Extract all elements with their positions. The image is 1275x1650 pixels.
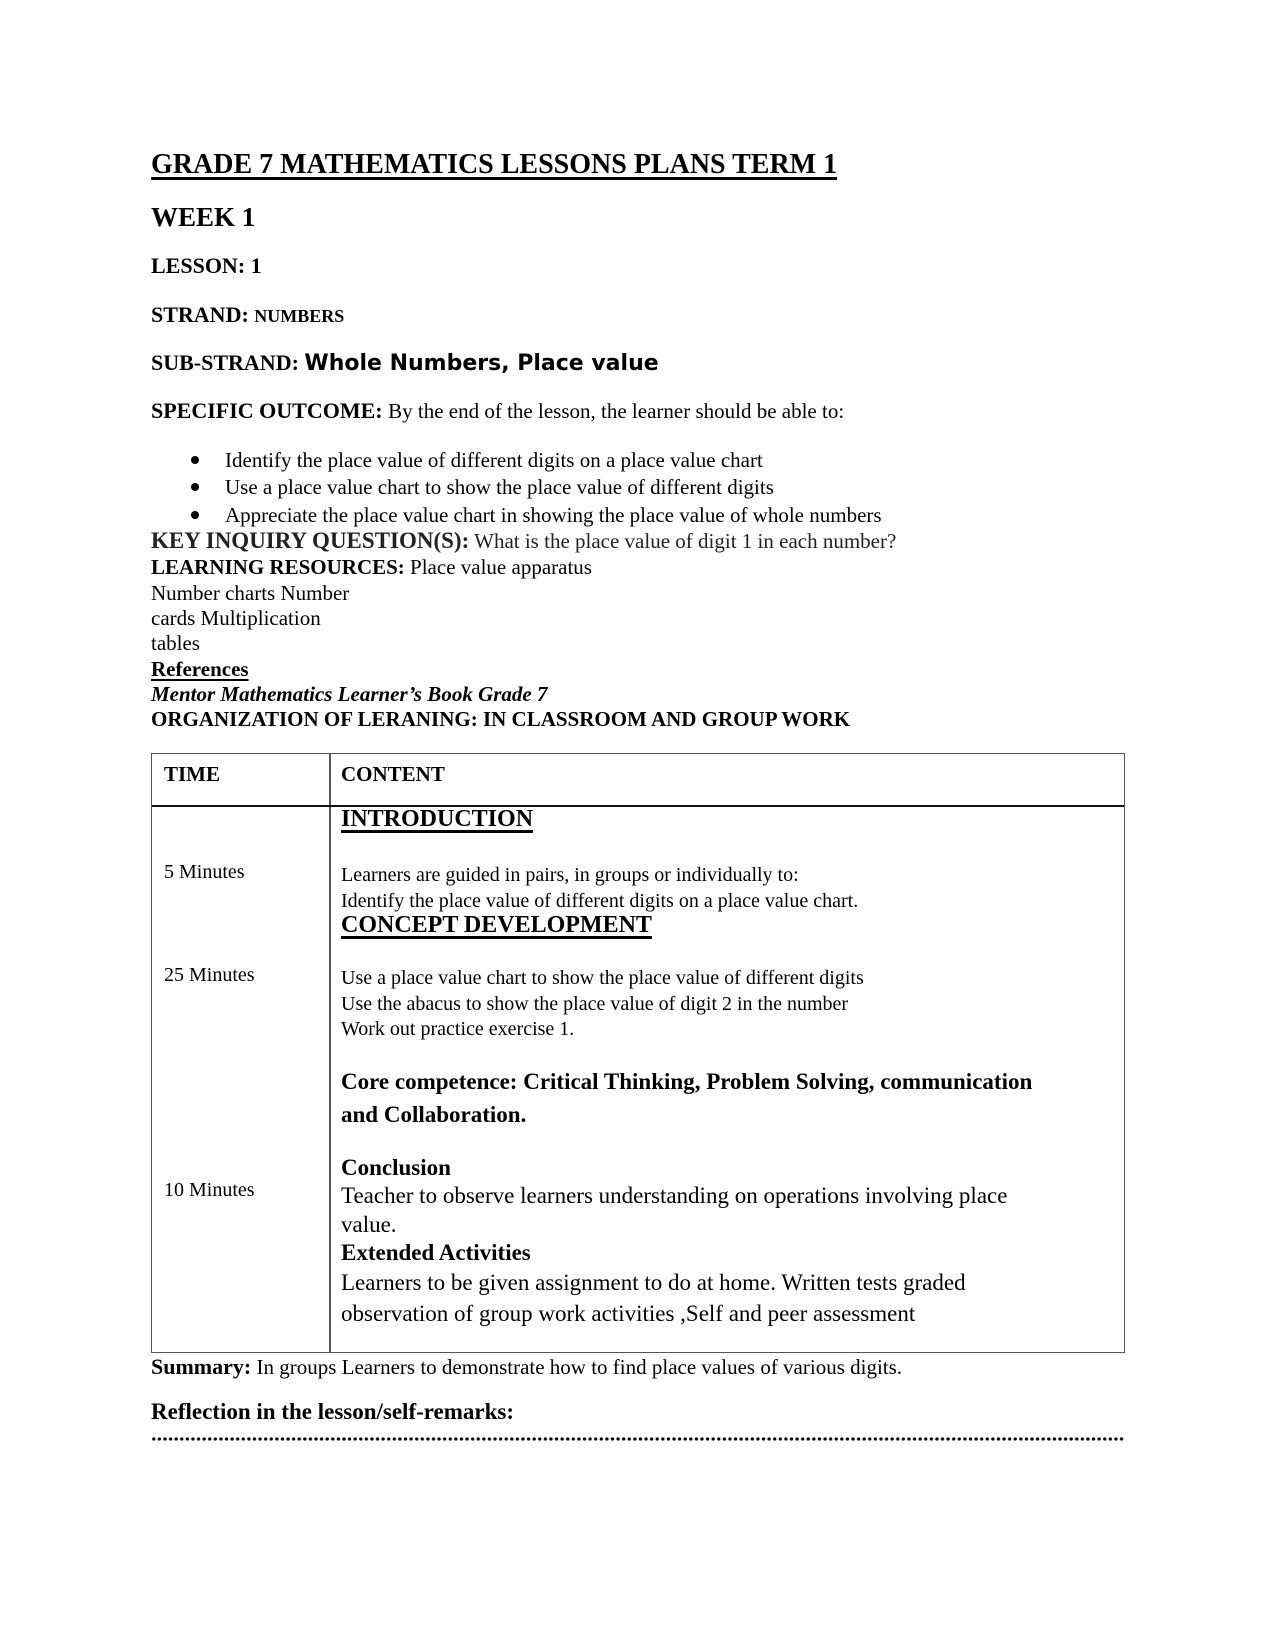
outcome-item: Appreciate the place value chart in show… [225, 505, 882, 526]
introduction-heading: INTRODUCTION [341, 807, 533, 831]
learning-resources-line: LEARNING RESOURCES: Place value apparatu… [151, 557, 592, 578]
specific-outcome-label: SPECIFIC OUTCOME: [151, 398, 383, 423]
sub-strand-value: Whole Numbers, Place value [304, 351, 658, 376]
lesson-table: TIME CONTENT 5 Minutes 25 Minutes 10 Min… [151, 753, 1125, 1353]
conclusion-heading: Conclusion [341, 1156, 451, 1179]
sub-strand-line: SUB-STRAND: Whole Numbers, Place value [151, 352, 659, 375]
header-time: TIME [164, 764, 220, 785]
time-intro: 5 Minutes [164, 862, 245, 882]
conclusion-line: Teacher to observe learners understandin… [341, 1184, 1007, 1207]
organization-line: ORGANIZATION OF LERANING: IN CLASSROOM A… [151, 709, 850, 730]
intro-line: Learners are guided in pairs, in groups … [341, 865, 799, 885]
bullet-icon [191, 483, 199, 491]
summary-line: Summary: In groups Learners to demonstra… [151, 1356, 902, 1378]
concept-development-heading: CONCEPT DEVELOPMENT [341, 913, 652, 937]
reference-book: Mentor Mathematics Learner’s Book Grade … [151, 684, 547, 705]
concept-line: Work out practice exercise 1. [341, 1019, 574, 1039]
key-inquiry-label: KEY INQUIRY QUESTION(S): [151, 528, 469, 553]
resources-line: tables [151, 633, 200, 654]
outcome-text: Use a place value chart to show the plac… [225, 475, 774, 499]
concept-line: Use the abacus to show the place value o… [341, 994, 848, 1014]
strand-line: STRAND: NUMBERS [151, 304, 344, 326]
key-inquiry-value: What is the place value of digit 1 in ea… [474, 529, 896, 553]
learning-resources-value: Place value apparatus [410, 555, 592, 579]
learning-resources-label: LEARNING RESOURCES: [151, 555, 405, 579]
resources-line: Number charts Number [151, 583, 349, 604]
resources-line: cards Multiplication [151, 608, 321, 629]
lesson-heading: LESSON: 1 [151, 255, 262, 277]
strand-value: NUMBERS [254, 306, 344, 326]
header-divider [152, 805, 1124, 807]
extended-activities-heading: Extended Activities [341, 1241, 531, 1264]
references-heading: References [151, 659, 249, 680]
specific-outcome-value: By the end of the lesson, the learner sh… [388, 399, 844, 423]
summary-value: In groups Learners to demonstrate how to… [256, 1355, 902, 1379]
core-competence-line: and Collaboration. [341, 1103, 526, 1126]
time-conclusion: 10 Minutes [164, 1180, 255, 1200]
key-inquiry-line: KEY INQUIRY QUESTION(S): What is the pla… [151, 529, 896, 552]
reflection-dotted-line [151, 1436, 1125, 1442]
extended-line: Learners to be given assignment to do at… [341, 1271, 966, 1294]
extended-line: observation of group work activities ,Se… [341, 1302, 915, 1325]
outcome-item: Use a place value chart to show the plac… [225, 477, 774, 498]
sub-strand-label: SUB-STRAND: [151, 350, 299, 375]
reflection-heading: Reflection in the lesson/self-remarks: [151, 1400, 514, 1423]
conclusion-line: value. [341, 1213, 397, 1236]
outcome-item: Identify the place value of different di… [225, 450, 763, 471]
specific-outcome-line: SPECIFIC OUTCOME: By the end of the less… [151, 400, 844, 422]
strand-label: STRAND: [151, 302, 249, 327]
week-heading: WEEK 1 [151, 204, 255, 231]
column-divider [329, 754, 331, 1352]
concept-line: Use a place value chart to show the plac… [341, 968, 864, 988]
bullet-icon [191, 511, 199, 519]
bullet-icon [191, 456, 199, 464]
outcome-text: Appreciate the place value chart in show… [225, 503, 882, 527]
document-title: GRADE 7 MATHEMATICS LESSONS PLANS TERM 1 [151, 151, 837, 179]
header-content: CONTENT [341, 764, 445, 785]
outcome-text: Identify the place value of different di… [225, 448, 763, 472]
intro-line: Identify the place value of different di… [341, 891, 858, 911]
core-competence-line: Core competence: Critical Thinking, Prob… [341, 1070, 1032, 1093]
summary-label: Summary: [151, 1354, 251, 1379]
time-concept: 25 Minutes [164, 965, 255, 985]
